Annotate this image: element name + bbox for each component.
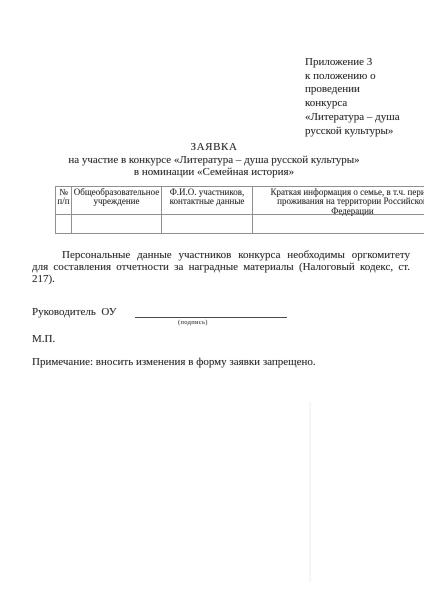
table-header-family-info: Краткая информация о семье, в т.ч. перио… (253, 187, 424, 215)
table-header-participants: Ф.И.О. участников, контактные данные (162, 187, 253, 215)
table-cell-empty (56, 215, 72, 233)
application-table: № п/п Общеобразовательное учреждение Ф.И… (55, 186, 424, 234)
paragraph-line: Персональные данные участников конкурса … (32, 249, 410, 261)
personal-data-paragraph: Персональные данные участников конкурса … (32, 249, 410, 286)
scan-artifact (309, 402, 311, 582)
paragraph-line: для составления отчетности за наградные … (32, 261, 410, 273)
title-line-nomination: в номинации «Семейная история» (14, 166, 414, 179)
header-line: п/п (56, 197, 71, 206)
appendix-line: «Литература – душа (305, 111, 420, 125)
paragraph-line: 217). (32, 273, 410, 285)
appendix-line: проведении (305, 83, 420, 97)
appendix-line: к положению о (305, 70, 420, 84)
signature-caption: (подпись) (178, 319, 208, 326)
table-cell-empty (162, 215, 253, 233)
stamp-placeholder: М.П. (32, 333, 55, 345)
document-title: ЗАЯВКА на участие в конкурсе «Литература… (14, 141, 414, 179)
header-line: контактные данные (162, 197, 252, 206)
table-header-number: № п/п (56, 187, 72, 215)
appendix-line: русской культуры» (305, 125, 420, 139)
title-line-contest: на участие в конкурсе «Литература – душа… (14, 154, 414, 167)
scanned-document-page: Приложение 3 к положению о проведении ко… (0, 0, 424, 599)
appendix-line: Приложение 3 (305, 56, 420, 70)
header-line: учреждение (72, 197, 161, 206)
appendix-line: конкурса (305, 97, 420, 111)
title-line-main: ЗАЯВКА (14, 141, 414, 154)
table-cell-empty (253, 215, 424, 233)
note-text: Примечание: вносить изменения в форму за… (32, 356, 316, 368)
table-cell-empty (72, 215, 162, 233)
appendix-reference-block: Приложение 3 к положению о проведении ко… (305, 56, 420, 138)
table-header-institution: Общеобразовательное учреждение (72, 187, 162, 215)
signature-label: Руководитель ОУ (32, 306, 117, 318)
signature-underline (135, 317, 287, 318)
